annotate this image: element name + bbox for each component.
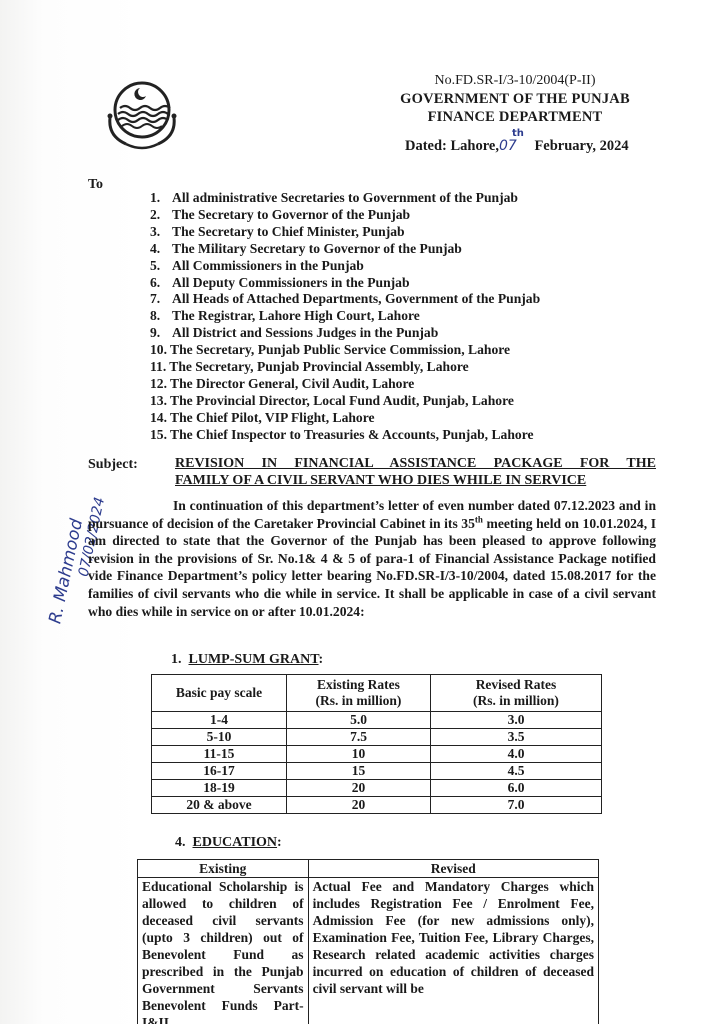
revised-provision: Actual Fee and Mandatory Charges which i… bbox=[308, 878, 598, 1024]
addressee-item: 5.All Commissioners in the Punjab bbox=[150, 258, 540, 275]
to-label: To bbox=[88, 177, 103, 193]
addressee-item: 10.The Secretary, Punjab Public Service … bbox=[150, 342, 540, 359]
addressee-number: 4. bbox=[150, 241, 172, 258]
revised-rate-cell: 4.5 bbox=[431, 763, 602, 780]
addressee-item: 6.All Deputy Commissioners in the Punjab bbox=[150, 275, 540, 292]
revised-rate-cell: 3.0 bbox=[431, 712, 602, 729]
addressee-item: 11.The Secretary, Punjab Provincial Asse… bbox=[150, 359, 540, 376]
section-title: EDUCATION bbox=[193, 835, 278, 850]
addressee-item: 7.All Heads of Attached Departments, Gov… bbox=[150, 291, 540, 308]
pay-scale-cell: 20 & above bbox=[152, 797, 287, 814]
addressee-number: 15. bbox=[150, 427, 167, 444]
addressee-text: The Secretary to Chief Minister, Punjab bbox=[172, 224, 405, 239]
existing-rate-cell: 20 bbox=[287, 797, 431, 814]
addressee-text: All Commissioners in the Punjab bbox=[172, 258, 364, 273]
addressee-text: All District and Sessions Judges in the … bbox=[172, 325, 438, 340]
existing-rate-cell: 10 bbox=[287, 746, 431, 763]
col-header-revised: Revised bbox=[308, 860, 598, 878]
table-row: 16-17154.5 bbox=[152, 763, 602, 780]
addressee-number: 9. bbox=[150, 325, 172, 342]
table-row: 11-15104.0 bbox=[152, 746, 602, 763]
addressee-text: All Heads of Attached Departments, Gover… bbox=[172, 291, 540, 306]
pay-scale-cell: 5-10 bbox=[152, 729, 287, 746]
section-number: 4. bbox=[175, 835, 186, 850]
addressee-item: 12.The Director General, Civil Audit, La… bbox=[150, 376, 540, 393]
col-header-existing: Existing Rates(Rs. in million) bbox=[287, 675, 431, 712]
addressee-item: 15.The Chief Inspector to Treasuries & A… bbox=[150, 427, 540, 444]
addressee-text: All administrative Secretaries to Govern… bbox=[172, 190, 518, 205]
dated-line: Dated: Lahore,07 th February, 2024 bbox=[405, 138, 629, 155]
reference-number: No.FD.SR-I/3-10/2004(P-II) bbox=[370, 73, 660, 89]
addressee-text: The Registrar, Lahore High Court, Lahore bbox=[172, 308, 420, 323]
revised-rate-cell: 3.5 bbox=[431, 729, 602, 746]
revised-rate-cell: 6.0 bbox=[431, 780, 602, 797]
addressee-number: 5. bbox=[150, 258, 172, 275]
addressee-text: The Director General, Civil Audit, Lahor… bbox=[170, 376, 414, 391]
lump-sum-grant-table: Basic pay scale Existing Rates(Rs. in mi… bbox=[151, 674, 602, 814]
table-row: Educational Scholarship is allowed to ch… bbox=[138, 878, 599, 1024]
ordinal-suffix: th bbox=[475, 514, 483, 524]
addressee-text: The Secretary to Governor of the Punjab bbox=[172, 207, 410, 222]
revised-rate-cell: 4.0 bbox=[431, 746, 602, 763]
addressee-number: 13. bbox=[150, 393, 167, 410]
document-page: No.FD.SR-I/3-10/2004(P-II) GOVERNMENT OF… bbox=[0, 0, 721, 1024]
existing-provision: Educational Scholarship is allowed to ch… bbox=[138, 878, 309, 1024]
handwritten-day-suffix: th bbox=[512, 128, 524, 139]
addressee-item: 3.The Secretary to Chief Minister, Punja… bbox=[150, 224, 540, 241]
subject-label: Subject: bbox=[88, 457, 138, 473]
addressee-text: The Provincial Director, Local Fund Audi… bbox=[170, 393, 514, 408]
pay-scale-cell: 11-15 bbox=[152, 746, 287, 763]
col-header-pay-scale: Basic pay scale bbox=[152, 675, 287, 712]
table-row: 1-45.03.0 bbox=[152, 712, 602, 729]
section-number: 1. bbox=[171, 652, 182, 667]
addressee-number: 8. bbox=[150, 308, 172, 325]
table-row: 18-19206.0 bbox=[152, 780, 602, 797]
addressee-number: 6. bbox=[150, 275, 172, 292]
section-education-heading: 4. EDUCATION: bbox=[175, 835, 282, 851]
addressee-text: All Deputy Commissioners in the Punjab bbox=[172, 275, 410, 290]
addressee-number: 12. bbox=[150, 376, 167, 393]
education-table: Existing Revised Educational Scholarship… bbox=[137, 859, 599, 1024]
addressee-item: 9.All District and Sessions Judges in th… bbox=[150, 325, 540, 342]
addressee-item: 2.The Secretary to Governor of the Punja… bbox=[150, 207, 540, 224]
addressee-number: 2. bbox=[150, 207, 172, 224]
government-name: GOVERNMENT OF THE PUNJAB bbox=[370, 91, 660, 108]
addressee-number: 1. bbox=[150, 190, 172, 207]
addressee-item: 14.The Chief Pilot, VIP Flight, Lahore bbox=[150, 410, 540, 427]
subject-text: REVISION IN FINANCIAL ASSISTANCE PACKAGE… bbox=[175, 455, 656, 489]
addressee-number: 14. bbox=[150, 410, 167, 427]
table-row: 5-107.53.5 bbox=[152, 729, 602, 746]
existing-rate-cell: 15 bbox=[287, 763, 431, 780]
addressee-item: 8.The Registrar, Lahore High Court, Laho… bbox=[150, 308, 540, 325]
pay-scale-cell: 18-19 bbox=[152, 780, 287, 797]
addressee-item: 1.All administrative Secretaries to Gove… bbox=[150, 190, 540, 207]
dated-suffix: February, 2024 bbox=[534, 138, 628, 154]
pay-scale-cell: 16-17 bbox=[152, 763, 287, 780]
existing-rate-cell: 7.5 bbox=[287, 729, 431, 746]
existing-rate-cell: 20 bbox=[287, 780, 431, 797]
punjab-government-emblem-icon bbox=[100, 70, 184, 154]
subject-line-2: FAMILY OF A CIVIL SERVANT WHO DIES WHILE… bbox=[175, 473, 586, 488]
section-title: LUMP-SUM GRANT bbox=[189, 652, 319, 667]
table-row: 20 & above207.0 bbox=[152, 797, 602, 814]
body-paragraph: In continuation of this department’s let… bbox=[88, 497, 656, 620]
addressee-text: The Chief Pilot, VIP Flight, Lahore bbox=[170, 410, 375, 425]
col-header-existing: Existing bbox=[138, 860, 309, 878]
col-header-revised: Revised Rates(Rs. in million) bbox=[431, 675, 602, 712]
existing-rate-cell: 5.0 bbox=[287, 712, 431, 729]
subject-line-1: REVISION IN FINANCIAL ASSISTANCE PACKAGE… bbox=[175, 455, 656, 472]
addressee-text: The Secretary, Punjab Provincial Assembl… bbox=[169, 359, 468, 374]
section-colon: : bbox=[277, 835, 282, 850]
addressee-number: 10. bbox=[150, 342, 167, 359]
handwritten-day: 07 bbox=[499, 138, 517, 154]
addressee-item: 13.The Provincial Director, Local Fund A… bbox=[150, 393, 540, 410]
addressee-number: 3. bbox=[150, 224, 172, 241]
addressee-number: 7. bbox=[150, 291, 172, 308]
department-name: FINANCE DEPARTMENT bbox=[370, 109, 660, 126]
addressee-text: The Secretary, Punjab Public Service Com… bbox=[170, 342, 510, 357]
body-text-part-2: meeting held on 10.01.2024, I am directe… bbox=[88, 516, 656, 619]
revised-rate-cell: 7.0 bbox=[431, 797, 602, 814]
addressee-text: The Chief Inspector to Treasuries & Acco… bbox=[170, 427, 534, 442]
dated-prefix: Dated: Lahore, bbox=[405, 138, 499, 154]
section-lump-sum-heading: 1. LUMP-SUM GRANT: bbox=[171, 652, 323, 668]
addressee-text: The Military Secretary to Governor of th… bbox=[172, 241, 462, 256]
addressee-number: 11. bbox=[150, 359, 166, 376]
section-colon: : bbox=[319, 652, 324, 667]
addressee-item: 4.The Military Secretary to Governor of … bbox=[150, 241, 540, 258]
addressee-list: 1.All administrative Secretaries to Gove… bbox=[150, 190, 540, 444]
pay-scale-cell: 1-4 bbox=[152, 712, 287, 729]
